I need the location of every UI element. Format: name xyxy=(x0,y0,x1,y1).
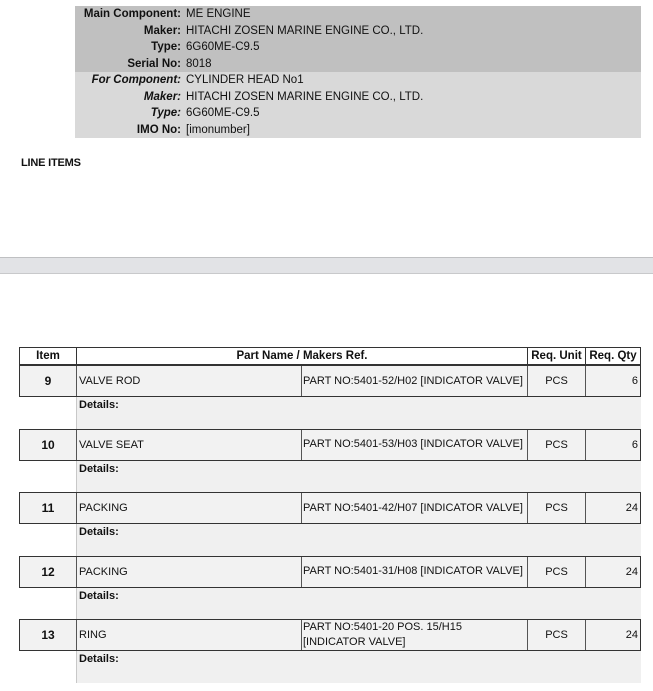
item-number: 12 xyxy=(20,557,77,587)
req-qty: 24 xyxy=(586,493,640,523)
details-label: Details: xyxy=(79,463,119,475)
header-row-imo: IMO No: [imonumber] xyxy=(75,122,641,139)
table-row: 11 PACKING PART NO:5401-42/H07 [INDICATO… xyxy=(19,492,641,524)
column-header-qty: Req. Qty xyxy=(586,348,640,364)
imo-label: IMO No: xyxy=(75,124,186,136)
req-qty: 6 xyxy=(586,430,640,460)
header-row-for-component: For Component: CYLINDER HEAD No1 xyxy=(75,72,641,89)
line-item: 11 PACKING PART NO:5401-42/H07 [INDICATO… xyxy=(19,492,641,556)
main-component-header: Main Component: ME ENGINE Maker: HITACHI… xyxy=(75,6,641,72)
req-unit: PCS xyxy=(528,557,586,587)
details-row: Details: xyxy=(76,588,641,620)
header-row-type: Type: 6G60ME-C9.5 xyxy=(75,39,641,56)
for-type-value: 6G60ME-C9.5 xyxy=(186,107,260,119)
item-number: 13 xyxy=(20,620,77,650)
table-row: 10 VALVE SEAT PART NO:5401-53/H03 [INDIC… xyxy=(19,429,641,461)
table-row: 12 PACKING PART NO:5401-31/H08 [INDICATO… xyxy=(19,556,641,588)
line-item: 13 RING PART NO:5401-20 POS. 15/H15 [IND… xyxy=(19,619,641,683)
for-type-label: Type: xyxy=(75,107,186,119)
main-component-value: ME ENGINE xyxy=(186,8,251,20)
header-row-main-component: Main Component: ME ENGINE xyxy=(75,6,641,23)
for-maker-value: HITACHI ZOSEN MARINE ENGINE CO., LTD. xyxy=(186,91,423,103)
part-name: PACKING xyxy=(77,493,302,523)
makers-ref: PART NO:5401-42/H07 [INDICATOR VALVE] xyxy=(302,493,528,523)
column-header-part: Part Name / Makers Ref. xyxy=(77,348,528,364)
for-maker-label: Maker: xyxy=(75,91,186,103)
line-items-table: Item Part Name / Makers Ref. Req. Unit R… xyxy=(19,347,641,683)
details-label: Details: xyxy=(79,653,119,665)
part-name: PACKING xyxy=(77,557,302,587)
req-qty: 6 xyxy=(586,366,640,396)
column-header-unit: Req. Unit xyxy=(528,348,586,364)
part-name: VALVE ROD xyxy=(77,366,302,396)
header-row-serial: Serial No: 8018 xyxy=(75,56,641,73)
makers-ref: PART NO:5401-53/H03 [INDICATOR VALVE] xyxy=(302,430,528,460)
req-qty: 24 xyxy=(586,557,640,587)
for-component-value: CYLINDER HEAD No1 xyxy=(186,74,304,86)
req-qty: 24 xyxy=(586,620,640,650)
table-header: Item Part Name / Makers Ref. Req. Unit R… xyxy=(19,347,641,365)
makers-ref: PART NO:5401-31/H08 [INDICATOR VALVE] xyxy=(302,557,528,587)
line-items-title: LINE ITEMS xyxy=(21,157,81,169)
details-label: Details: xyxy=(79,590,119,602)
main-component-label: Main Component: xyxy=(75,8,186,20)
serial-label: Serial No: xyxy=(75,58,186,70)
details-label: Details: xyxy=(79,526,119,538)
header-row-for-maker: Maker: HITACHI ZOSEN MARINE ENGINE CO., … xyxy=(75,89,641,106)
maker-value: HITACHI ZOSEN MARINE ENGINE CO., LTD. xyxy=(186,25,423,37)
details-row: Details: xyxy=(76,651,641,683)
line-item: 10 VALVE SEAT PART NO:5401-53/H03 [INDIC… xyxy=(19,429,641,493)
line-item: 9 VALVE ROD PART NO:5401-52/H02 [INDICAT… xyxy=(19,365,641,429)
header-row-maker: Maker: HITACHI ZOSEN MARINE ENGINE CO., … xyxy=(75,23,641,40)
part-name: VALVE SEAT xyxy=(77,430,302,460)
line-item: 12 PACKING PART NO:5401-31/H08 [INDICATO… xyxy=(19,556,641,620)
page-separator xyxy=(0,257,653,274)
header-row-for-type: Type: 6G60ME-C9.5 xyxy=(75,105,641,122)
details-row: Details: xyxy=(76,461,641,493)
item-number: 9 xyxy=(20,366,77,396)
makers-ref: PART NO:5401-52/H02 [INDICATOR VALVE] xyxy=(302,366,528,396)
details-row: Details: xyxy=(76,397,641,429)
req-unit: PCS xyxy=(528,430,586,460)
table-row: 9 VALVE ROD PART NO:5401-52/H02 [INDICAT… xyxy=(19,365,641,397)
maker-label: Maker: xyxy=(75,25,186,37)
req-unit: PCS xyxy=(528,620,586,650)
imo-value: [imonumber] xyxy=(186,124,250,136)
details-row: Details: xyxy=(76,524,641,556)
part-name: RING xyxy=(77,620,302,650)
table-row: 13 RING PART NO:5401-20 POS. 15/H15 [IND… xyxy=(19,619,641,651)
makers-ref: PART NO:5401-20 POS. 15/H15 [INDICATOR V… xyxy=(302,620,528,650)
for-component-header: For Component: CYLINDER HEAD No1 Maker: … xyxy=(75,72,641,138)
serial-value: 8018 xyxy=(186,58,212,70)
item-number: 10 xyxy=(20,430,77,460)
column-header-item: Item xyxy=(20,348,77,364)
item-number: 11 xyxy=(20,493,77,523)
for-component-label: For Component: xyxy=(75,74,186,86)
type-label: Type: xyxy=(75,41,186,53)
details-label: Details: xyxy=(79,399,119,411)
req-unit: PCS xyxy=(528,493,586,523)
req-unit: PCS xyxy=(528,366,586,396)
type-value: 6G60ME-C9.5 xyxy=(186,41,260,53)
